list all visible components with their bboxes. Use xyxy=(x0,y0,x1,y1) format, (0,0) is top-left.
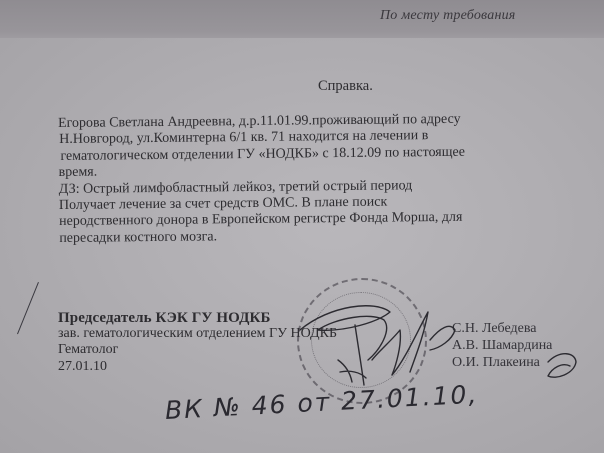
signatory-role-chair: Председатель КЭК ГУ НОДКБ xyxy=(58,310,337,326)
stamp-inner-ring xyxy=(311,292,411,388)
signatory-role-hematologist: Гематолог xyxy=(58,342,337,358)
signatory-name: А.В. Шамардина xyxy=(452,337,552,354)
signatory-names: С.Н. Лебедева А.В. Шамардина О.И. Плакеи… xyxy=(452,320,552,371)
signatory-name: О.И. Плакеина xyxy=(452,354,552,371)
document-body: Егорова Светлана Андреевна, д.р.11.01.99… xyxy=(58,110,599,247)
document-date: 27.01.10 xyxy=(58,359,337,375)
signatory-name: С.Н. Лебедева xyxy=(452,320,552,337)
header-note: По месту требования xyxy=(380,8,516,24)
signatory-role-head: зав. гематологическим отделением ГУ НОДК… xyxy=(58,326,337,342)
document-title: Справка. xyxy=(318,78,373,95)
signatory-roles: Председатель КЭК ГУ НОДКБ зав. гематолог… xyxy=(58,310,337,375)
